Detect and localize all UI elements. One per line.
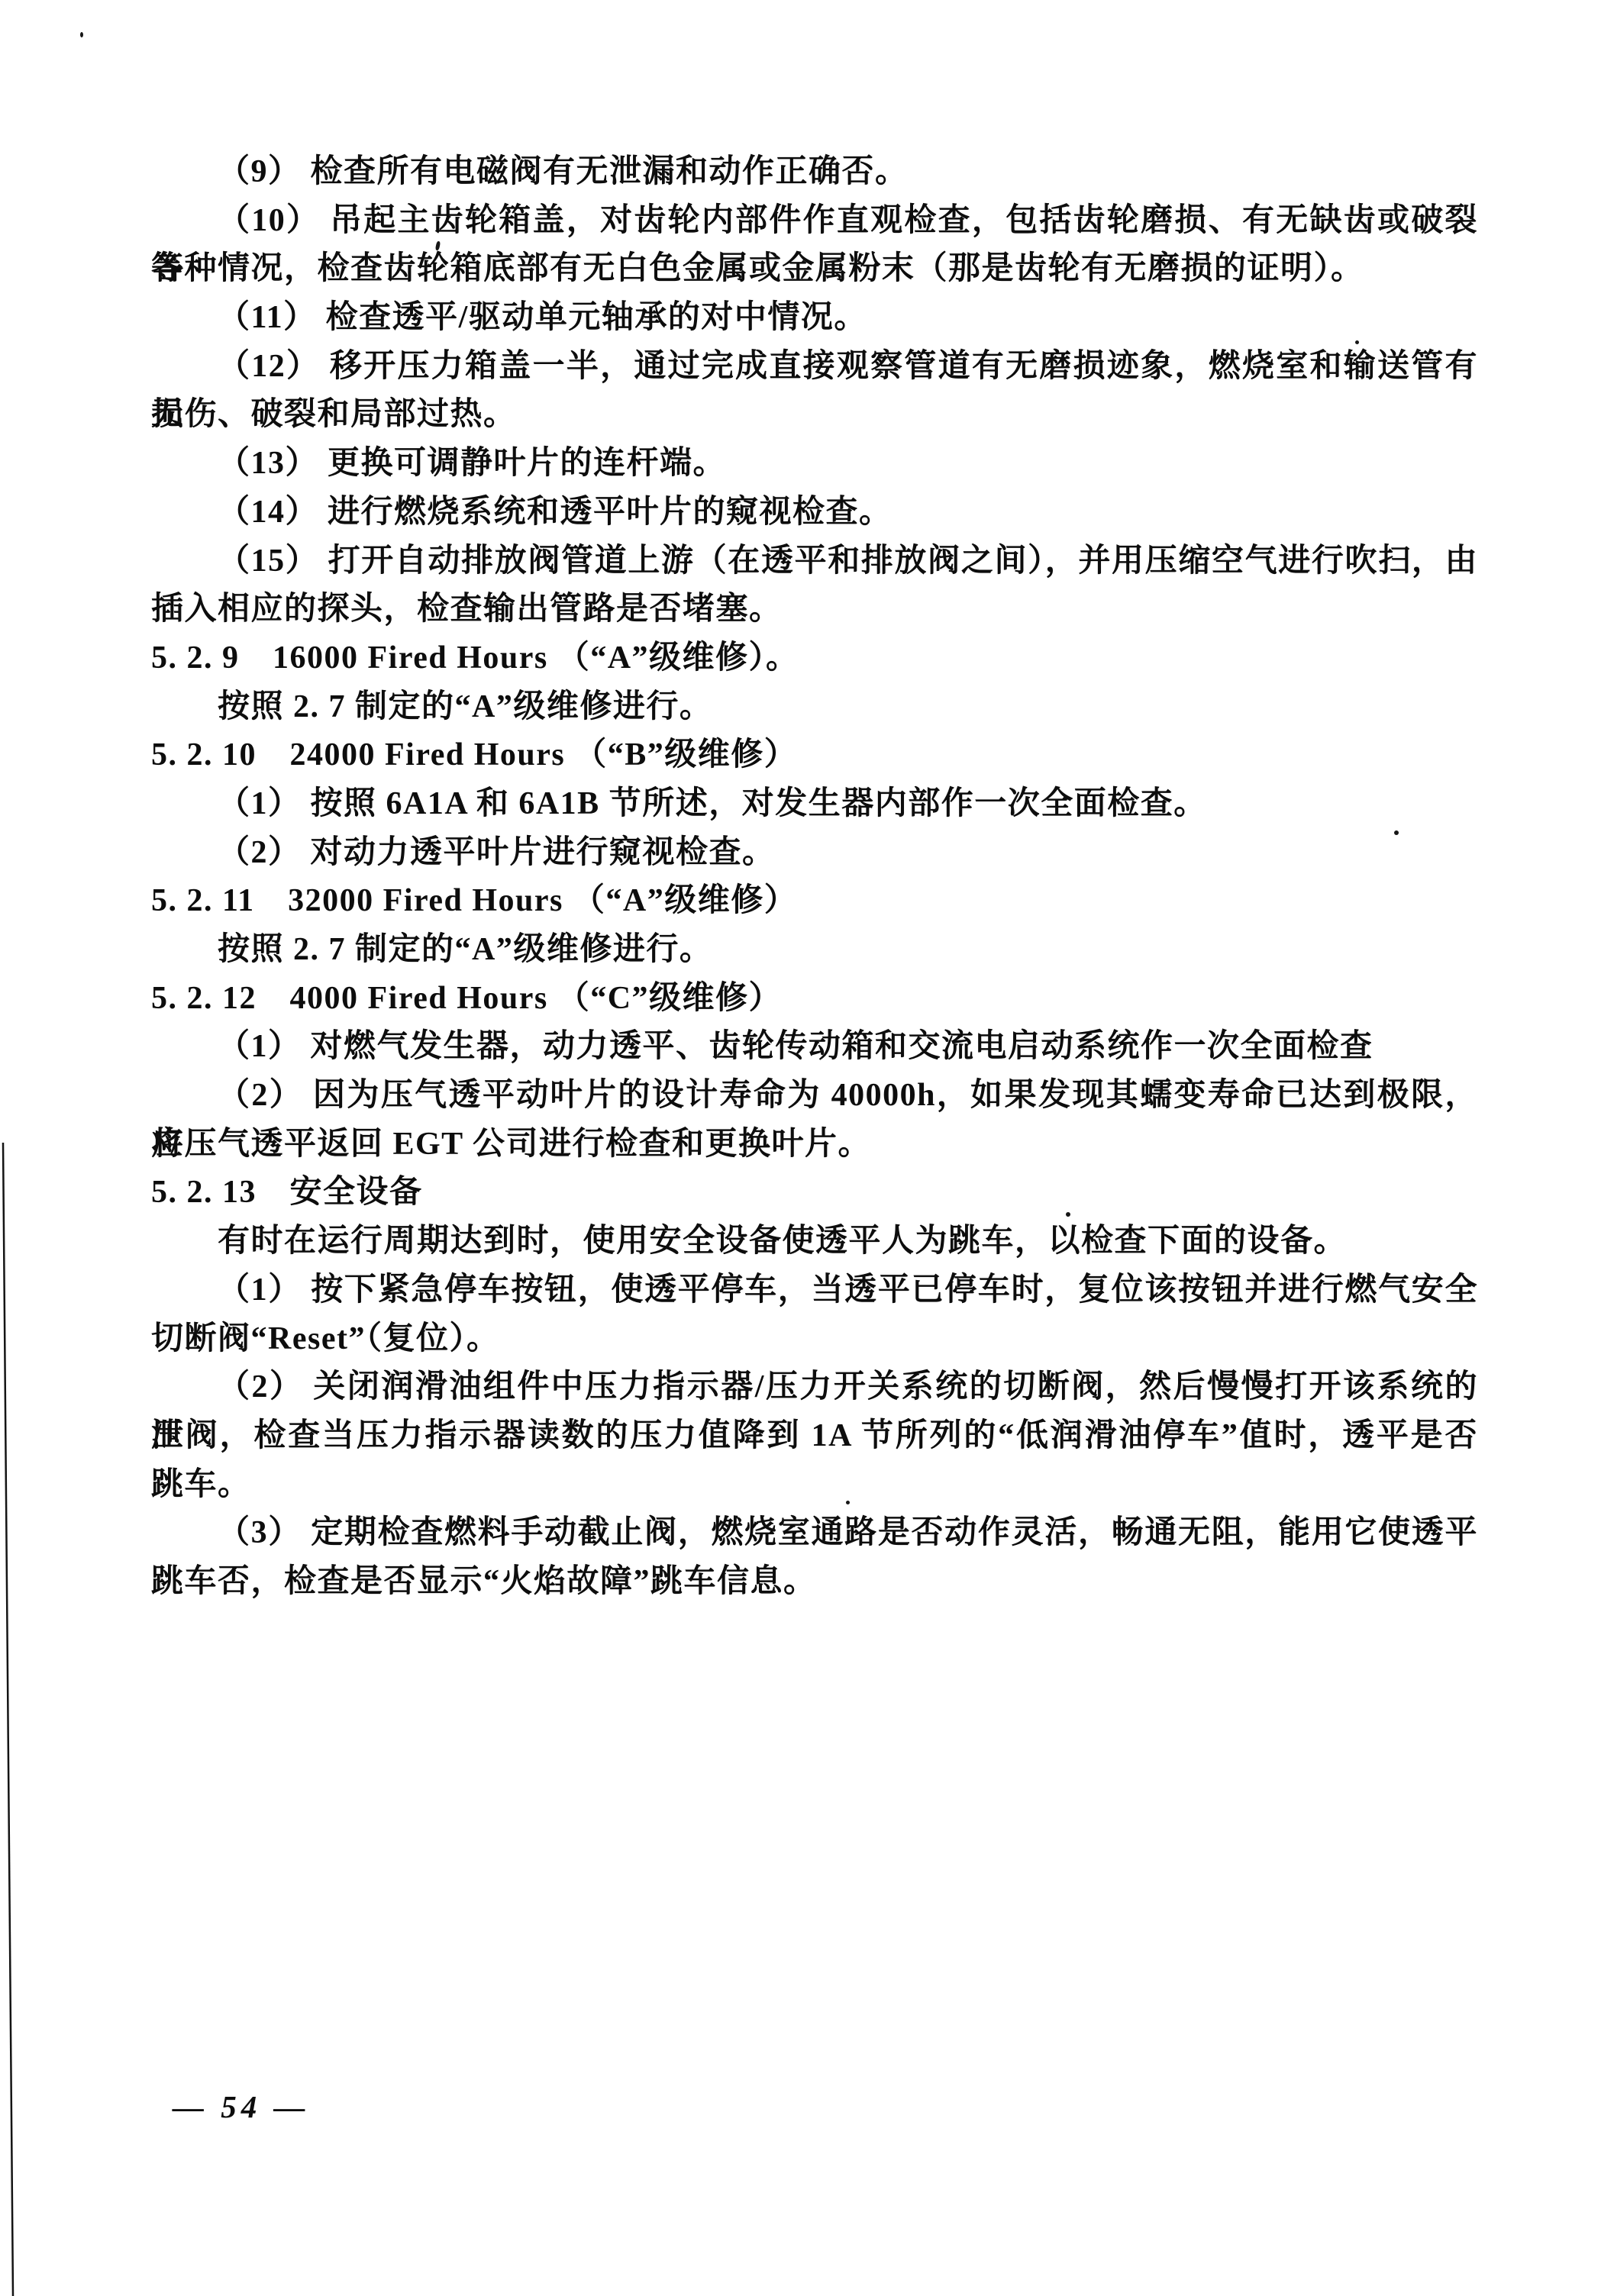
scan-speck <box>846 1501 850 1504</box>
text-line-30: 跳车否，检查是否显示“火焰故障”跳车信息。 <box>151 1558 1478 1607</box>
text-line-1: （9） 检查所有电磁阀有无泄漏和动作正确否。 <box>151 148 1478 197</box>
text-line-13: 5. 2. 10 24000 Fired Hours （“B”级维修） <box>151 731 1478 780</box>
text-line-18: 5. 2. 12 4000 Fired Hours （“C”级维修） <box>151 975 1478 1024</box>
text-line-7: （13） 更换可调静叶片的连杆端。 <box>151 440 1478 489</box>
text-line-16: 5. 2. 11 32000 Fired Hours （“A”级维修） <box>151 877 1478 926</box>
text-line-4: （11） 检查透平/驱动单元轴承的对中情况。 <box>151 294 1478 343</box>
text-line-10: 插入相应的探头，检查输出管路是否堵塞。 <box>151 585 1478 634</box>
scan-speck <box>80 32 83 37</box>
text-line-9: （15） 打开自动排放阀管道上游（在透平和排放阀之间），并用压缩空气进行吹扫，由 <box>151 537 1478 586</box>
text-line-24: （1） 按下紧急停车按钮，使透平停车，当透平已停车时，复位该按钮并进行燃气安全 <box>151 1266 1478 1315</box>
scan-artifact-line <box>0 0 31 2296</box>
scan-speck <box>1394 830 1399 835</box>
text-block: （9） 检查所有电磁阀有无泄漏和动作正确否。（10） 吊起主齿轮箱盖，对齿轮内部… <box>151 148 1478 1607</box>
scan-speck <box>1066 1212 1070 1217</box>
text-line-12: 按照 2. 7 制定的“A”级维修进行。 <box>151 683 1478 732</box>
scan-speck <box>1355 340 1359 344</box>
text-line-17: 按照 2. 7 制定的“A”级维修进行。 <box>151 926 1478 975</box>
text-line-5: （12） 移开压力箱盖一半，通过完成直接观察管道有无磨损迹象，燃烧室和输送管有无 <box>151 343 1478 392</box>
text-line-25: 切断阀“Reset”（复位）。 <box>151 1315 1478 1364</box>
text-line-14: （1） 按照 6A1A 和 6A1B 节所述，对发生器内部作一次全面检查。 <box>151 780 1478 829</box>
text-line-20: （2） 因为压气透平动叶片的设计寿命为 40000h，如果发现其蠕变寿命已达到极… <box>151 1072 1478 1121</box>
page-number: — 54 — <box>173 2088 310 2125</box>
text-line-21: 将压气透平返回 EGT 公司进行检查和更换叶片。 <box>151 1121 1478 1169</box>
text-line-2: （10） 吊起主齿轮箱盖，对齿轮内部件作直观检查，包括齿轮磨损、有无缺齿或破裂等 <box>151 197 1478 246</box>
text-line-29: （3） 定期检查燃料手动截止阀，燃烧室通路是否动作灵活，畅通无阻，能用它使透平 <box>151 1509 1478 1558</box>
text-line-19: （1） 对燃气发生器，动力透平、齿轮传动箱和交流电启动系统作一次全面检查 <box>151 1023 1478 1072</box>
text-line-15: （2） 对动力透平叶片进行窥视检查。 <box>151 829 1478 878</box>
text-line-6: 损伤、破裂和局部过热。 <box>151 391 1478 440</box>
text-line-28: 跳车。 <box>151 1461 1478 1510</box>
text-line-26: （2） 关闭润滑油组件中压力指示器/压力开关系统的切断阀，然后慢慢打开该系统的泄 <box>151 1363 1478 1412</box>
text-line-23: 有时在运行周期达到时，使用安全设备使透平人为跳车，以检查下面的设备。 <box>151 1217 1478 1266</box>
text-line-11: 5. 2. 9 16000 Fired Hours （“A”级维修）。 <box>151 634 1478 683</box>
text-line-3: 各种情况，检查齿轮箱底部有无白色金属或金属粉末（那是齿轮有无磨损的证明）。 <box>151 245 1478 294</box>
text-line-22: 5. 2. 13 安全设备 <box>151 1169 1478 1217</box>
text-line-27: 压阀，检查当压力指示器读数的压力值降到 1A 节所列的“低润滑油停车”值时，透平… <box>151 1412 1478 1461</box>
text-line-8: （14） 进行燃烧系统和透平叶片的窥视检查。 <box>151 489 1478 537</box>
